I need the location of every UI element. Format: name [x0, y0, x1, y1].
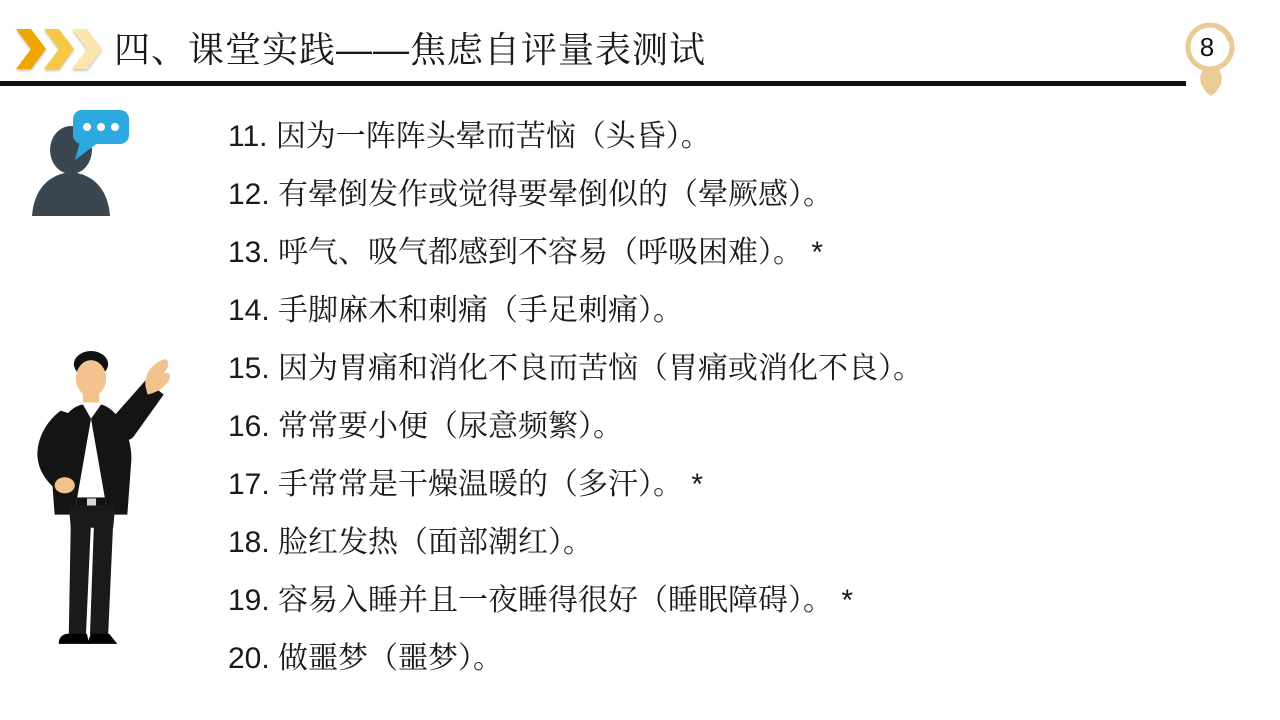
- presenter-left-leg: [69, 522, 91, 635]
- chevron-2: [44, 29, 74, 69]
- presenter-belt-buckle: [87, 498, 96, 505]
- chevron-1: [16, 29, 46, 69]
- presenter-right-shoe: [87, 634, 117, 644]
- list-item: 16. 常常要小便（尿意频繁）。: [228, 398, 923, 456]
- bubble-dot: [111, 123, 119, 131]
- list-item: 17. 手常常是干燥温暖的（多汗）。 *: [228, 456, 923, 514]
- anxiety-scale-list: 11. 因为一阵阵头晕而苦恼（头昏）。 12. 有晕倒发作或觉得要晕倒似的（晕厥…: [228, 108, 923, 688]
- bulb-base: [1200, 69, 1222, 96]
- presenter-hip-hand: [55, 477, 75, 493]
- list-item: 18. 脸红发热（面部潮红）。: [228, 514, 923, 572]
- list-item: 19. 容易入睡并且一夜睡得很好（睡眠障碍）。 *: [228, 572, 923, 630]
- list-item: 20. 做噩梦（噩梦）。: [228, 630, 923, 688]
- header-divider: [0, 81, 1186, 86]
- person-speech-bubble-icon: [26, 106, 132, 216]
- presenter-neck: [83, 390, 99, 402]
- bubble-dot: [83, 123, 91, 131]
- page-title: 四、课堂实践——焦虑自评量表测试: [114, 24, 706, 76]
- triple-right-chevron-icon: [16, 29, 104, 69]
- presenter-raised-hand: [145, 359, 170, 394]
- list-item: 15. 因为胃痛和消化不良而苦恼（胃痛或消化不良）。: [228, 340, 923, 398]
- silhouette-shoulders: [32, 172, 110, 216]
- list-item: 14. 手脚麻木和刺痛（手足刺痛）。: [228, 282, 923, 340]
- chevron-3: [72, 29, 102, 69]
- presenter-right-leg: [90, 522, 113, 635]
- list-item: 12. 有晕倒发作或觉得要晕倒似的（晕厥感）。: [228, 166, 923, 224]
- bubble-dot: [97, 123, 105, 131]
- businessman-presenter-icon: [10, 348, 172, 656]
- slide: 四、课堂实践——焦虑自评量表测试 8: [0, 0, 1280, 720]
- page-number: 8: [1200, 32, 1214, 62]
- list-item: 11. 因为一阵阵头晕而苦恼（头昏）。: [228, 108, 923, 166]
- lightbulb-icon: 8: [1181, 18, 1241, 98]
- list-item: 13. 呼气、吸气都感到不容易（呼吸困难）。 *: [228, 224, 923, 282]
- presenter-left-shoe: [59, 634, 89, 644]
